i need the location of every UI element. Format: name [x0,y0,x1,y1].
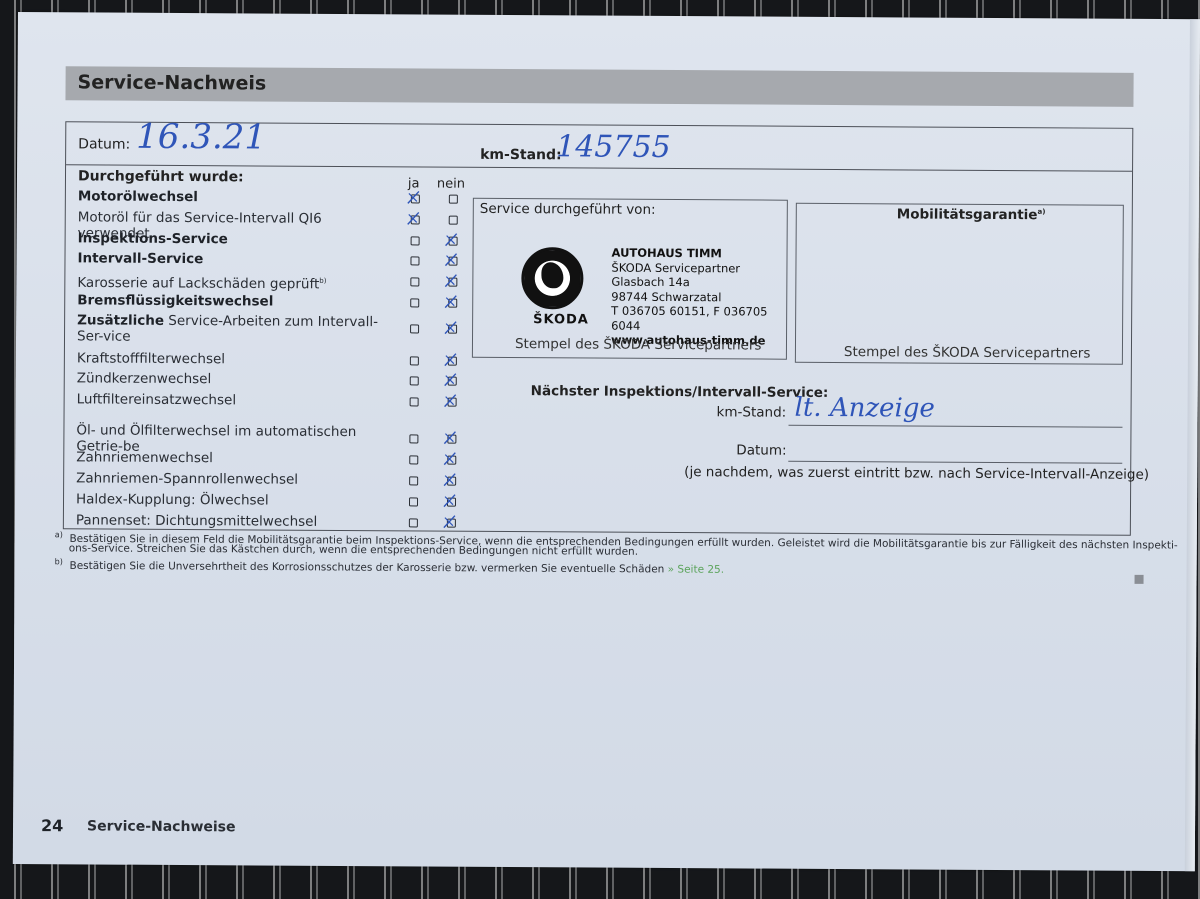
dealer-line-3: 98744 Schwarzatal [611,289,786,305]
item-bold-label: Inspektions-Service [78,230,228,247]
checkbox-ja[interactable] [409,497,418,506]
mobility-title-sup: a) [1037,208,1045,216]
mobility-title: Mobilitätsgarantiea) [897,206,1046,223]
item-label: Zahnriemenwechsel [76,449,213,466]
item-label: Zündkerzenwechsel [77,370,212,387]
mobility-stamp-caption: Stempel des ŠKODA Servicepartners [844,344,1091,362]
checklist-item: Luftfiltereinsatzwechsel [77,391,387,409]
item-label: Haldex-Kupplung: Ölwechsel [76,491,269,508]
service-record-form: Datum: 16.3.21 km-Stand: 145755 Durchgef… [63,121,1133,536]
checkbox-ja[interactable] [409,518,418,527]
dealer-line-4: T 036705 60151, F 036705 6044 [611,304,786,334]
section-title: Service-Nachweis [78,71,267,94]
next-service-note: (je nachdem, was zuerst eintritt bzw. na… [684,464,1149,483]
service-performed-box: Service durchgeführt von: AUTOHAUS TIMM … [472,198,788,360]
checkmark-icon [442,473,456,487]
checkbox-ja[interactable] [410,298,419,307]
checkmark-icon [443,295,457,309]
km-handwritten[interactable]: 145755 [556,129,671,165]
checkmark-icon [442,452,456,466]
dealer-line-2: Glasbach 14a [611,275,786,291]
checkbox-nein[interactable] [449,216,458,225]
checklist-item: Intervall-Service [77,250,387,268]
date-handwritten[interactable]: 16.3.21 [136,117,266,158]
checkmark-icon [442,515,456,529]
checkbox-ja[interactable] [410,324,419,333]
page-number: 24 [41,816,63,835]
checkbox-ja[interactable] [409,476,418,485]
next-km-line [788,425,1122,428]
service-stamp-caption: Stempel des ŠKODA Servicepartners [515,336,762,354]
dealer-line-1: ŠKODA Servicepartner [611,260,786,276]
next-km-handwritten[interactable]: lt. Anzeige [795,393,935,424]
form-header-row: Datum: 16.3.21 km-Stand: 145755 [66,122,1132,172]
km-label: km-Stand: [480,147,562,163]
next-date-line [788,461,1122,464]
item-label: Kraftstofffilterwechsel [77,350,225,367]
dealer-name: AUTOHAUS TIMM [611,246,786,262]
checkmark-icon [443,253,457,267]
skoda-logo-icon [521,247,583,309]
section-end-marker [1135,575,1144,584]
checkbox-nein[interactable] [449,195,458,204]
checklist-item: Karosserie auf Lackschäden geprüftb) [77,271,387,292]
item-bold-label: Zusätzliche [77,312,164,329]
footnote-a-cont: ons-Service. Streichen Sie das Kästchen … [69,542,638,557]
checklist-item: Zahnriemen-Spannrollenwechsel [76,470,386,488]
item-label: Karosserie auf Lackschäden geprüft [77,275,319,292]
item-label: Pannenset: Dichtungsmittelwechsel [76,512,317,529]
checkbox-ja[interactable] [409,434,418,443]
checklist-item: Haldex-Kupplung: Ölwechsel [76,491,386,509]
item-bold-label: Motorölwechsel [78,188,198,205]
checklist-item: Bremsflüssigkeitswechsel [77,292,387,310]
checkmark-icon [406,211,420,225]
checklist-item: Inspektions-Service [78,230,388,248]
footnote-a-mark: a) [55,530,63,539]
col-yes-header: ja [408,176,420,191]
checklist-heading: Durchgeführt wurde: [78,168,244,185]
checkmark-icon [442,431,456,445]
checkmark-icon [443,321,457,335]
item-sup: b) [319,277,326,285]
manual-page: Service-Nachweis Datum: 16.3.21 km-Stand… [13,12,1200,871]
next-date-label: Datum: [736,442,786,458]
checkbox-ja[interactable] [410,256,419,265]
section-title-bar: Service-Nachweis [65,66,1133,107]
next-service-heading: Nächster Inspektions/Intervall-Service: [531,383,829,401]
item-bold-label: Bremsflüssigkeitswechsel [77,292,273,309]
checkbox-ja[interactable] [410,397,419,406]
next-km-label: km-Stand: [717,404,787,420]
checkmark-icon [443,274,457,288]
checkbox-ja[interactable] [409,455,418,464]
checkmark-icon [442,494,456,508]
checkbox-ja[interactable] [410,277,419,286]
page-25-link[interactable]: » Seite 25. [668,563,724,575]
checklist-item: Kraftstofffilterwechsel [77,350,387,368]
checklist-item: Motorölwechsel [78,188,388,206]
checklist-item: Zahnriemenwechsel [76,449,386,467]
checkmark-icon [443,394,457,408]
checklist-item: Zusätzliche Service-Arbeiten zum Interva… [77,312,387,346]
stamp-brand: ŠKODA [533,312,589,327]
running-title: Service-Nachweise [87,818,236,835]
checkmark-icon [444,233,458,247]
checkbox-ja[interactable] [410,376,419,385]
item-label: Luftfiltereinsatzwechsel [77,391,237,408]
mobility-title-text: Mobilitätsgarantie [897,206,1038,223]
checkmark-icon [406,190,420,204]
item-bold-label: Intervall-Service [77,250,203,267]
checkmark-icon [443,373,457,387]
checkmark-icon [443,353,457,367]
dealer-stamp: AUTOHAUS TIMM ŠKODA Servicepartner Glasb… [611,246,787,349]
checkbox-ja[interactable] [410,356,419,365]
footnote-b-mark: b) [55,557,63,566]
service-performed-label: Service durchgeführt von: [480,201,656,218]
checklist-item: Zündkerzenwechsel [77,370,387,388]
item-label: Zahnriemen-Spannrollenwechsel [76,470,298,487]
col-no-header: nein [437,177,465,192]
footnote-b: b) Bestätigen Sie die Unversehrtheit des… [55,556,725,576]
date-label: Datum: [78,136,130,152]
checkbox-ja[interactable] [411,236,420,245]
mobility-guarantee-box: Mobilitätsgarantiea) Stempel des ŠKODA S… [795,203,1124,365]
footnote-b-text: Bestätigen Sie die Unversehrtheit des Ko… [69,560,667,576]
checklist-item: Pannenset: Dichtungsmittelwechsel [76,512,386,530]
